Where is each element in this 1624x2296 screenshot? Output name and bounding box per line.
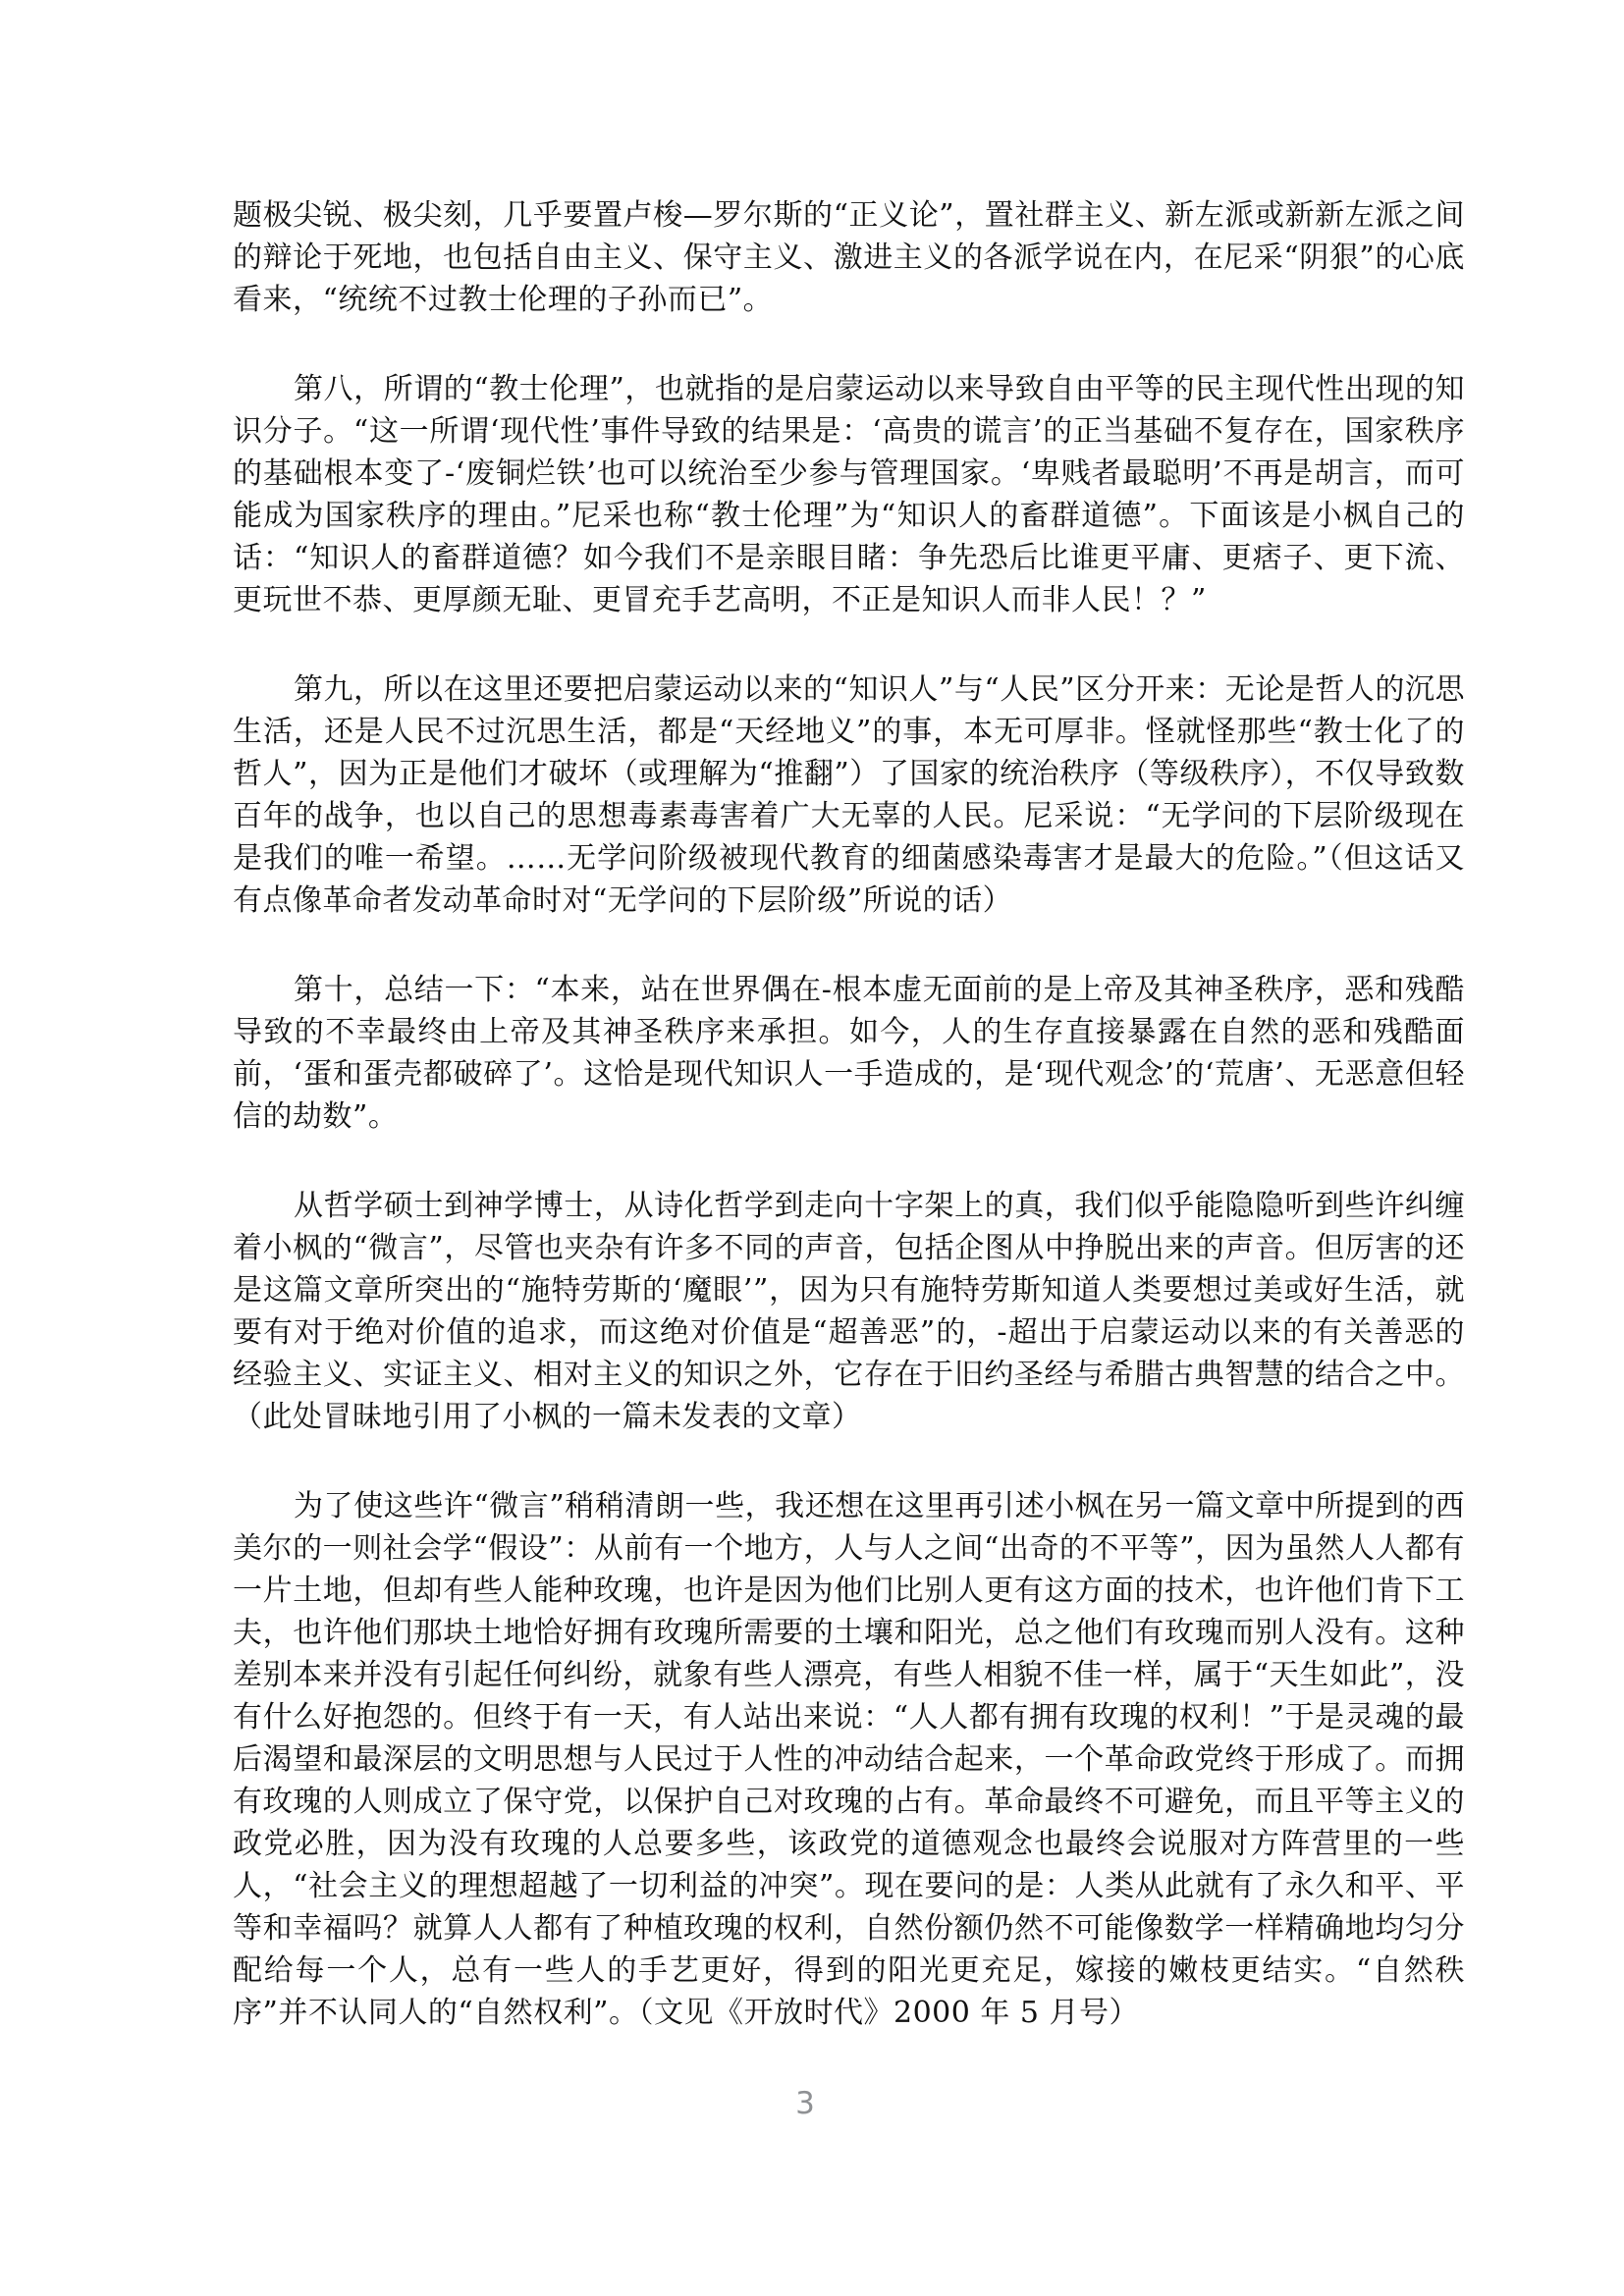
paragraph: 为了使这些许“微言”稍稍清朗一些，我还想在这里再引述小枫在另一篇文章中所提到的西… [233, 1485, 1465, 2034]
article-body: 题极尖锐、极尖刻，几乎要置卢梭—罗尔斯的“正义论”，置社群主义、新左派或新新左派… [233, 194, 1465, 2081]
paragraph: 第九，所以在这里还要把启蒙运动以来的“知识人”与“人民”区分开来：无论是哲人的沉… [233, 668, 1465, 922]
paragraph: 从哲学硕士到神学博士，从诗化哲学到走向十字架上的真，我们似乎能隐隐听到些许纠缠着… [233, 1185, 1465, 1438]
paragraph: 第八，所谓的“教士伦理”，也就指的是启蒙运动以来导致自由平等的民主现代性出现的知… [233, 368, 1465, 621]
page-number: 3 [0, 2086, 1610, 2121]
document-page: 题极尖锐、极尖刻，几乎要置卢梭—罗尔斯的“正义论”，置社群主义、新左派或新新左派… [0, 0, 1624, 2296]
paragraph: 第十，总结一下：“本来，站在世界偶在-根本虚无面前的是上帝及其神圣秩序，恶和残酷… [233, 969, 1465, 1138]
paragraph: 题极尖锐、极尖刻，几乎要置卢梭—罗尔斯的“正义论”，置社群主义、新左派或新新左派… [233, 194, 1465, 321]
